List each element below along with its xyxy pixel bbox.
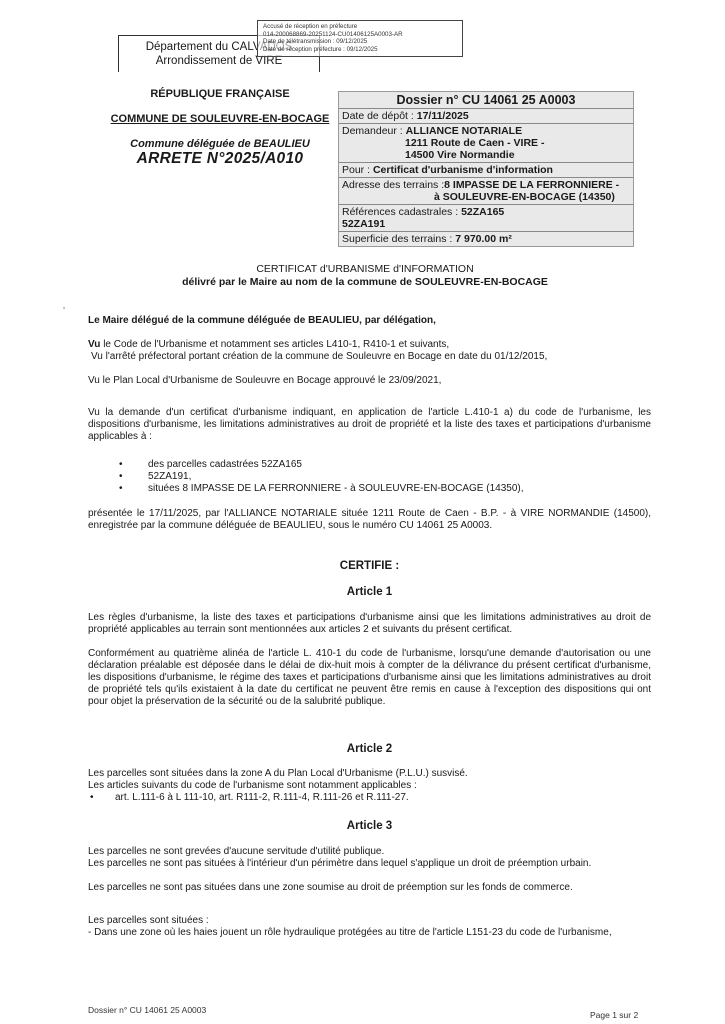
vu-code-urbanisme: Vu le Code de l'Urbanisme et notamment s…	[88, 339, 651, 351]
presentee-paragraph: présentée le 17/11/2025, par l'ALLIANCE …	[88, 508, 651, 532]
date-depot-value: 17/11/2025	[417, 110, 469, 122]
date-depot-label: Date de dépôt :	[342, 110, 417, 122]
adresse-value-line2: à SOULEUVRE-EN-BOCAGE (14350)	[342, 191, 630, 203]
reference-value: 52ZA165	[461, 206, 504, 218]
vu-label: Vu	[88, 339, 100, 350]
certificate-title: CERTIFICAT d'URBANISME d'INFORMATION	[100, 263, 630, 276]
adresse-value: 8 IMPASSE DE LA FERRONNIERE -	[444, 179, 619, 191]
stamp-line: 014-200068869-20251124-CU01406125A0003-A…	[263, 31, 457, 39]
footer-dossier-number: Dossier n° CU 14061 25 A0003	[88, 1005, 206, 1015]
article-3-paragraph-2: Les parcelles ne sont pas situées à l'in…	[88, 858, 651, 870]
article-3-heading: Article 3	[88, 820, 651, 832]
article-1-paragraph-2: Conformément au quatrième alinéa de l'ar…	[88, 648, 651, 708]
pour-label: Pour :	[342, 164, 373, 176]
situees-paragraph: - Dans une zone où les haies jouent un r…	[88, 927, 651, 939]
certificate-subtitle: délivré par le Maire au nom de la commun…	[100, 276, 630, 289]
stamp-line: Date de télétransmission : 09/12/2025	[263, 38, 457, 46]
reference-value: 52ZA191	[342, 218, 630, 230]
scan-speck: ʼ	[63, 306, 65, 316]
certificate-title-block: CERTIFICAT d'URBANISME d'INFORMATION dél…	[100, 263, 630, 288]
authority-heading: RÉPUBLIQUE FRANÇAISE COMMUNE DE SOULEUVR…	[100, 88, 340, 168]
demandeur-label: Demandeur :	[342, 125, 406, 137]
situees-intro: Les parcelles sont situées :	[88, 915, 651, 927]
superficie-label: Superficie des terrains :	[342, 233, 455, 245]
republique-label: RÉPUBLIQUE FRANÇAISE	[100, 88, 340, 100]
parcel-list-item: situées 8 IMPASSE DE LA FERRONNIERE - à …	[117, 483, 647, 495]
article-3-paragraph-1: Les parcelles ne sont grevées d'aucune s…	[88, 846, 651, 858]
footer-page-number: Page 1 sur 2	[590, 1010, 638, 1020]
demandeur-name: ALLIANCE NOTARIALE	[406, 125, 522, 137]
dossier-number: Dossier n° CU 14061 25 A0003	[339, 92, 633, 108]
demandeur-address-line: 1211 Route de Caen - VIRE -	[342, 137, 630, 149]
parcel-list-item: 52ZA191,	[117, 471, 647, 483]
arrete-number: ARRETE N°2025/A010	[100, 150, 340, 168]
demandeur-address-line: 14500 Vire Normandie	[342, 149, 630, 161]
vu-text: le Code de l'Urbanisme et notamment ses …	[100, 339, 449, 350]
commune-label: COMMUNE DE SOULEUVRE-EN-BOCAGE	[100, 113, 340, 125]
references-label: Références cadastrales :	[342, 206, 461, 218]
demandeur-row: Demandeur : ALLIANCE NOTARIALE 1211 Rout…	[339, 123, 633, 162]
prefecture-reception-stamp: Accusé de réception en préfecture 014-20…	[257, 20, 463, 57]
article-3-paragraph-3: Les parcelles ne sont pas situées dans u…	[88, 882, 651, 894]
certifie-heading: CERTIFIE :	[88, 560, 651, 572]
maire-statement: Le Maire délégué de la commune déléguée …	[88, 315, 651, 327]
vu-demande: Vu la demande d'un certificat d'urbanism…	[88, 407, 651, 443]
adresse-label: Adresse des terrains :	[342, 179, 444, 191]
parcel-list: des parcelles cadastrées 52ZA165 52ZA191…	[117, 459, 647, 495]
superficie-row: Superficie des terrains : 7 970.00 m²	[339, 231, 633, 246]
article-2-paragraph-2: Les articles suivants du code de l'urban…	[88, 780, 651, 792]
commune-deleguee-label: Commune déléguée de BEAULIEU	[100, 138, 340, 150]
article-2-paragraph-1: Les parcelles sont situées dans la zone …	[88, 768, 651, 780]
article-2-list-item: art. L.111-6 à L 111-10, art. R111-2, R.…	[88, 792, 651, 804]
parcel-list-item: des parcelles cadastrées 52ZA165	[117, 459, 647, 471]
references-row: Références cadastrales : 52ZA165 52ZA191	[339, 204, 633, 231]
stamp-line: Date de réception préfecture : 09/12/202…	[263, 46, 457, 54]
pour-row: Pour : Certificat d'urbanisme d'informat…	[339, 162, 633, 177]
superficie-value: 7 970.00 m²	[455, 233, 512, 245]
article-2-list: art. L.111-6 à L 111-10, art. R111-2, R.…	[88, 792, 651, 804]
adresse-row: Adresse des terrains :8 IMPASSE DE LA FE…	[339, 177, 633, 204]
dossier-info-box: Dossier n° CU 14061 25 A0003 Date de dép…	[338, 91, 634, 247]
stamp-line: Accusé de réception en préfecture	[263, 23, 457, 31]
article-2-heading: Article 2	[88, 743, 651, 755]
vu-arrete-prefectoral: Vu l'arrêté préfectoral portant création…	[91, 351, 654, 363]
date-depot-row: Date de dépôt : 17/11/2025	[339, 108, 633, 123]
pour-value: Certificat d'urbanisme d'information	[373, 164, 553, 176]
vu-plu: Vu le Plan Local d'Urbanisme de Souleuvr…	[88, 375, 651, 387]
article-1-heading: Article 1	[88, 586, 651, 598]
article-1-paragraph-1: Les règles d'urbanisme, la liste des tax…	[88, 612, 651, 636]
